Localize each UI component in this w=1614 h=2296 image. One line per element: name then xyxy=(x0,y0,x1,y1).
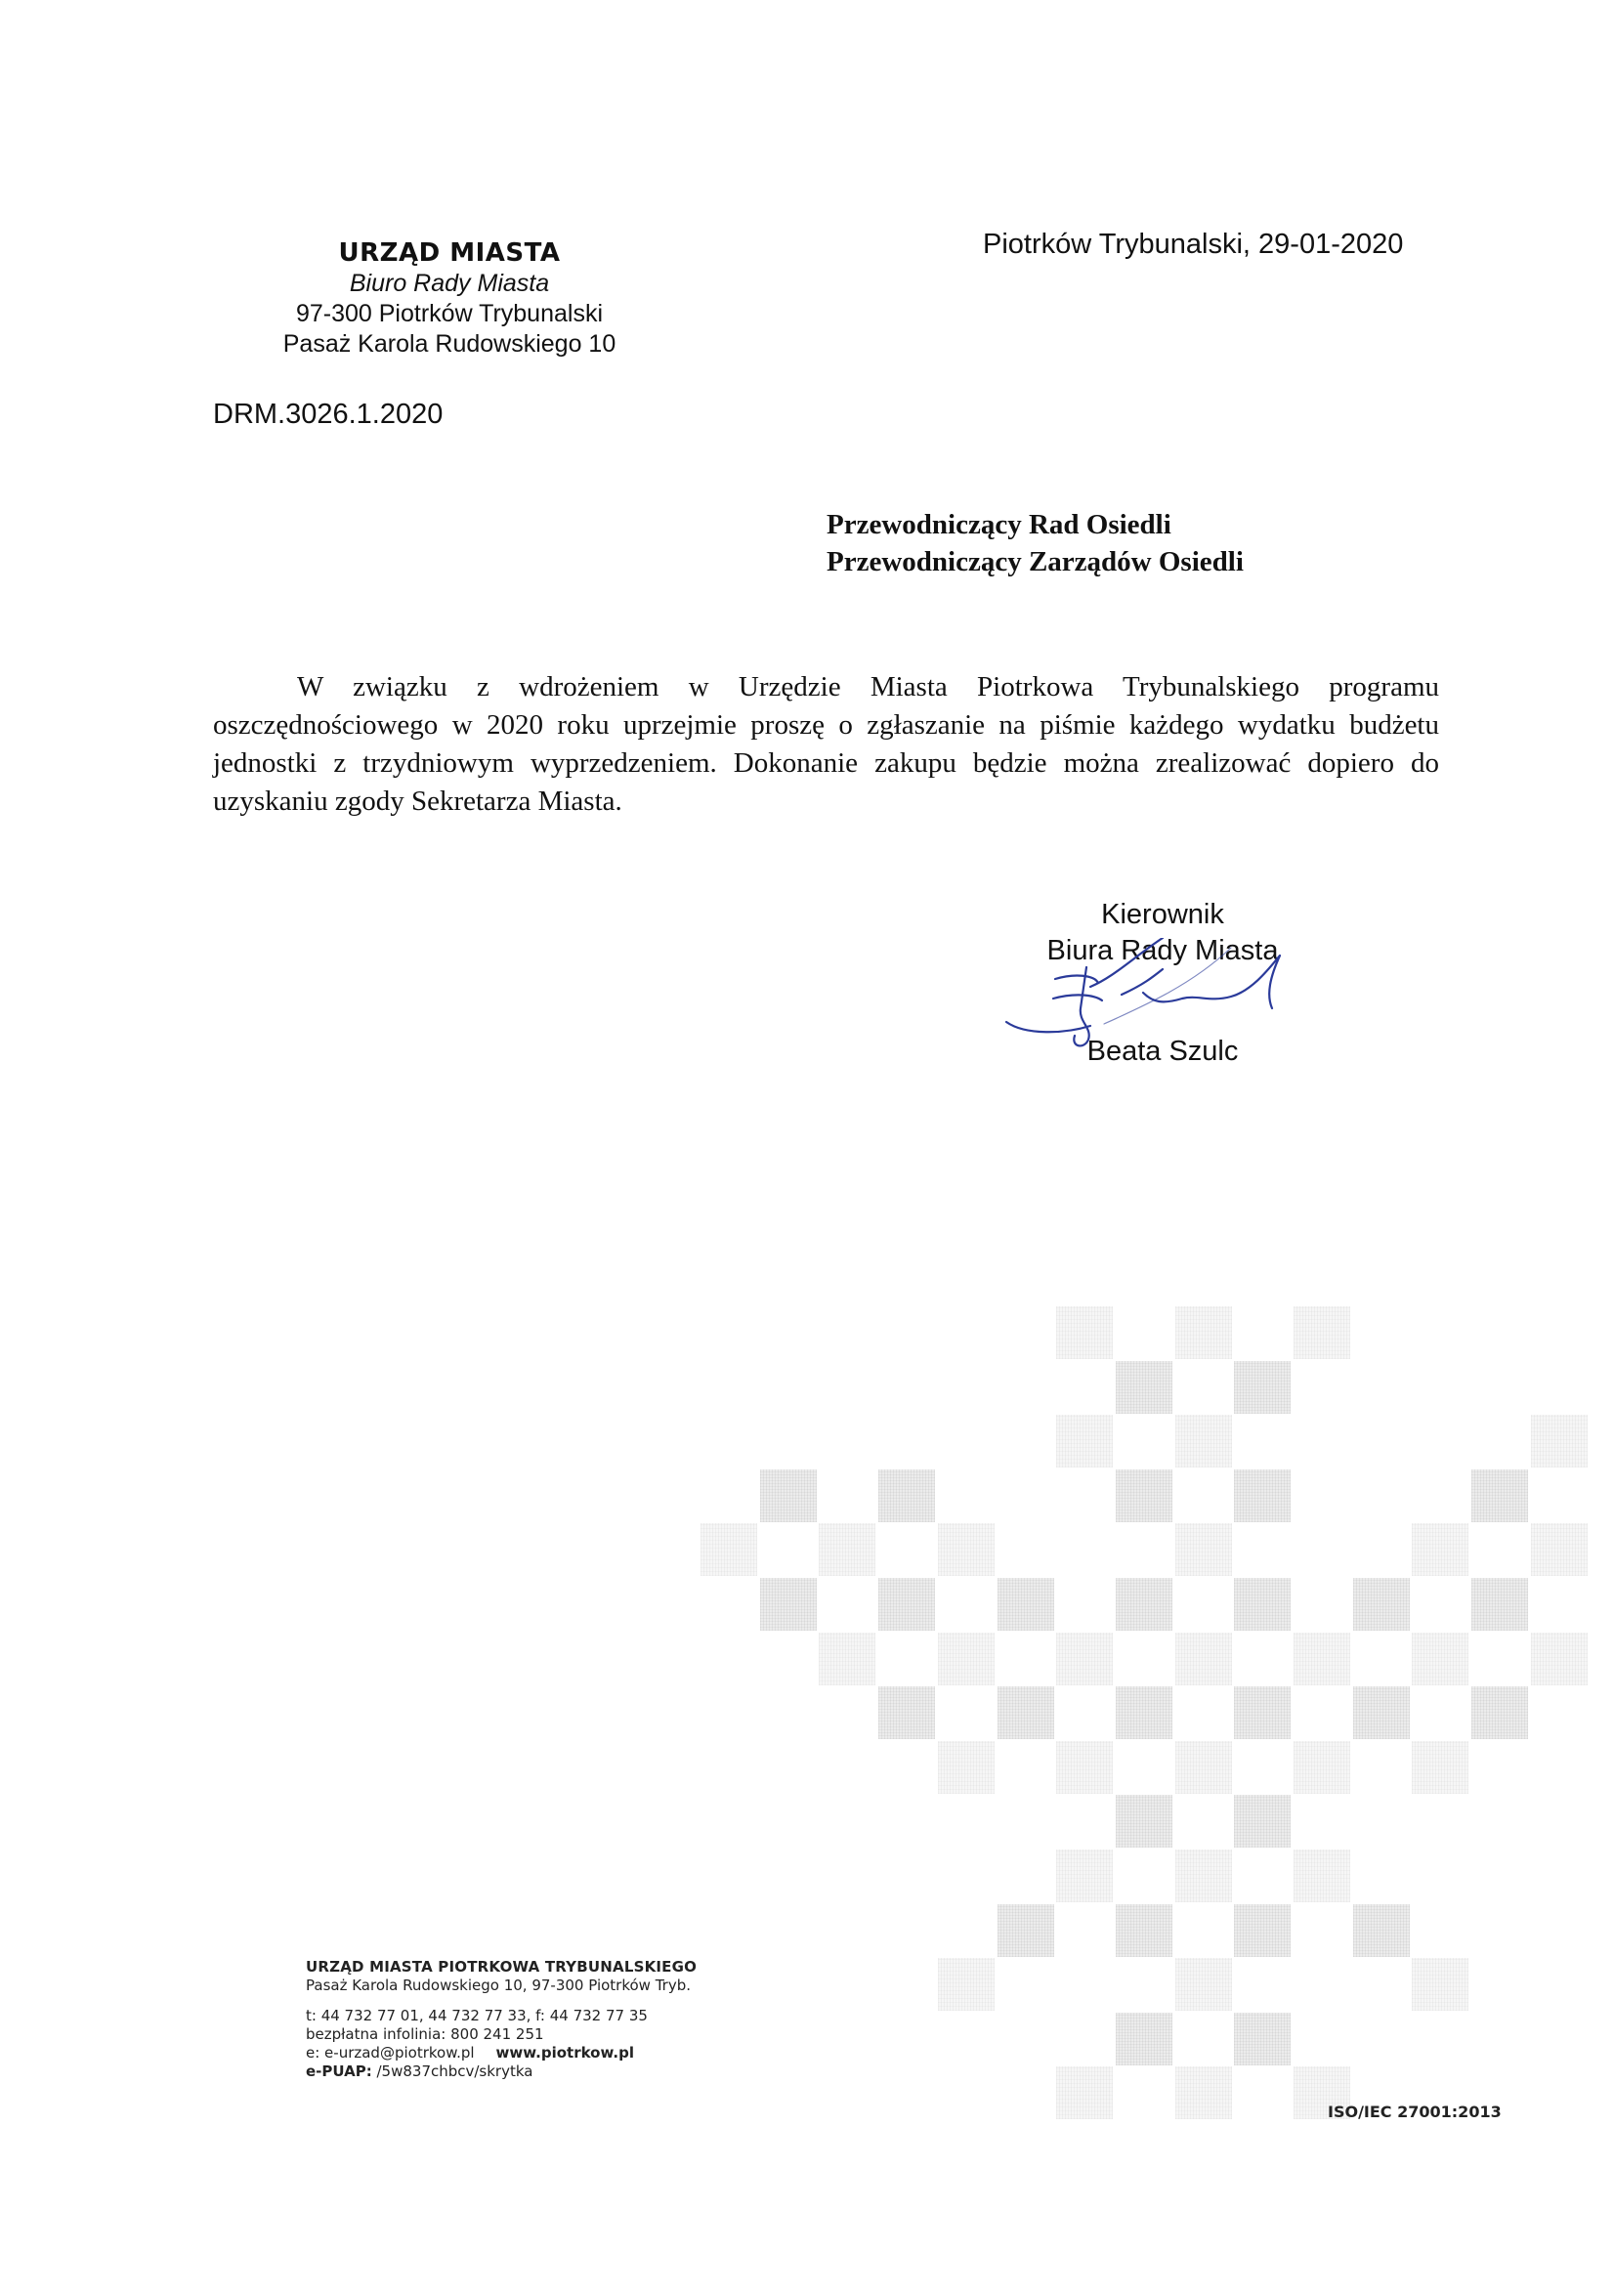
watermark-square xyxy=(1353,1578,1410,1631)
watermark-square xyxy=(938,1958,995,2011)
footer-organization: URZĄD MIASTA PIOTRKOWA TRYBUNALSKIEGO xyxy=(306,1958,697,1977)
watermark-square xyxy=(1471,1686,1528,1739)
watermark-square xyxy=(1234,1469,1291,1522)
watermark-square xyxy=(1116,1686,1172,1739)
watermark-square xyxy=(1056,1633,1113,1685)
footer-website-link[interactable]: www.piotrkow.pl xyxy=(496,2044,634,2062)
watermark-square xyxy=(1412,1633,1468,1685)
watermark-square xyxy=(1116,2013,1172,2065)
watermark-square xyxy=(938,1523,995,1576)
watermark-square xyxy=(1116,1904,1172,1957)
watermark-square xyxy=(1175,1523,1232,1576)
watermark-square xyxy=(1175,1958,1232,2011)
watermark-square xyxy=(1175,1633,1232,1685)
place-and-date: Piotrków Trybunalski, 29-01-2020 xyxy=(983,229,1403,261)
handwritten-signature-icon xyxy=(997,938,1309,1055)
watermark-square xyxy=(878,1686,935,1739)
sender-postal-city: 97-300 Piotrków Trybunalski xyxy=(234,299,664,329)
iso-certification-label: ISO/IEC 27001:2013 xyxy=(1328,2103,1502,2121)
letter-body: W związku z wdrożeniem w Urzędzie Miasta… xyxy=(213,668,1439,821)
watermark-square xyxy=(1056,1306,1113,1359)
watermark-square xyxy=(998,1578,1054,1631)
watermark-square xyxy=(1294,1306,1350,1359)
body-paragraph: W związku z wdrożeniem w Urzędzie Miasta… xyxy=(213,668,1439,821)
watermark-square xyxy=(1116,1578,1172,1631)
watermark-square xyxy=(1531,1523,1588,1576)
watermark-square xyxy=(1234,1686,1291,1739)
footer-address: Pasaż Karola Rudowskiego 10, 97-300 Piot… xyxy=(306,1977,697,1995)
watermark-square xyxy=(1294,1850,1350,1902)
watermark-square xyxy=(1175,2066,1232,2119)
watermark-square xyxy=(1294,1633,1350,1685)
footer-email-link[interactable]: e: e-urzad@piotrkow.pl xyxy=(306,2044,475,2062)
watermark-square xyxy=(1175,1741,1232,1794)
watermark-square xyxy=(1234,1578,1291,1631)
watermark-square xyxy=(1471,1578,1528,1631)
reference-number: DRM.3026.1.2020 xyxy=(213,399,443,431)
watermark-square xyxy=(1353,1686,1410,1739)
watermark-square xyxy=(1412,1741,1468,1794)
watermark-square xyxy=(819,1523,875,1576)
watermark-square xyxy=(1234,2013,1291,2065)
watermark-square xyxy=(1353,1904,1410,1957)
footer-epuap-address: /5w837chbcv/skrytka xyxy=(372,2062,533,2080)
watermark-square xyxy=(1234,1795,1291,1848)
sender-department: Biuro Rady Miasta xyxy=(234,269,664,299)
watermark-square xyxy=(819,1633,875,1685)
recipient-line: Przewodniczący Rad Osiedli xyxy=(827,506,1244,543)
watermark-square xyxy=(1056,1415,1113,1467)
watermark-square xyxy=(1116,1469,1172,1522)
watermark-square xyxy=(701,1523,757,1576)
letter-page: URZĄD MIASTA Biuro Rady Miasta 97-300 Pi… xyxy=(0,0,1614,2296)
watermark-square xyxy=(1056,1741,1113,1794)
watermark-square xyxy=(998,1904,1054,1957)
signatory-title: Kierownik xyxy=(1016,897,1309,933)
watermark-square xyxy=(1056,1850,1113,1902)
watermark-square xyxy=(878,1578,935,1631)
watermark-square xyxy=(1412,1958,1468,2011)
watermark-square xyxy=(1471,1469,1528,1522)
sender-street: Pasaż Karola Rudowskiego 10 xyxy=(234,329,664,360)
footer-hotline: bezpłatna infolinia: 800 241 251 xyxy=(306,2025,697,2044)
footer-phones: t: 44 732 77 01, 44 732 77 33, f: 44 732… xyxy=(306,2007,697,2025)
sender-organization: URZĄD MIASTA xyxy=(234,238,664,269)
watermark-square xyxy=(1412,1523,1468,1576)
watermark-square xyxy=(760,1578,817,1631)
recipients-block: Przewodniczący Rad Osiedli Przewodnicząc… xyxy=(827,506,1244,580)
watermark-square xyxy=(1175,1415,1232,1467)
sender-block: URZĄD MIASTA Biuro Rady Miasta 97-300 Pi… xyxy=(234,238,664,360)
watermark-square xyxy=(1116,1361,1172,1414)
watermark-square xyxy=(1056,2066,1113,2119)
footer-epuap-label: e-PUAP: xyxy=(306,2062,372,2080)
watermark-square xyxy=(938,1633,995,1685)
footer-contact-block: URZĄD MIASTA PIOTRKOWA TRYBUNALSKIEGO Pa… xyxy=(306,1958,697,2081)
watermark-square xyxy=(1234,1361,1291,1414)
watermark-square xyxy=(760,1469,817,1522)
watermark-square xyxy=(1175,1306,1232,1359)
watermark-square xyxy=(1531,1415,1588,1467)
watermark-square xyxy=(938,1741,995,1794)
watermark-square xyxy=(1234,1904,1291,1957)
watermark-square xyxy=(998,1686,1054,1739)
watermark-square xyxy=(1175,1850,1232,1902)
recipient-line: Przewodniczący Zarządów Osiedli xyxy=(827,543,1244,580)
watermark-square xyxy=(878,1469,935,1522)
watermark-square xyxy=(1116,1795,1172,1848)
watermark-square xyxy=(1294,1741,1350,1794)
watermark-square xyxy=(1531,1633,1588,1685)
